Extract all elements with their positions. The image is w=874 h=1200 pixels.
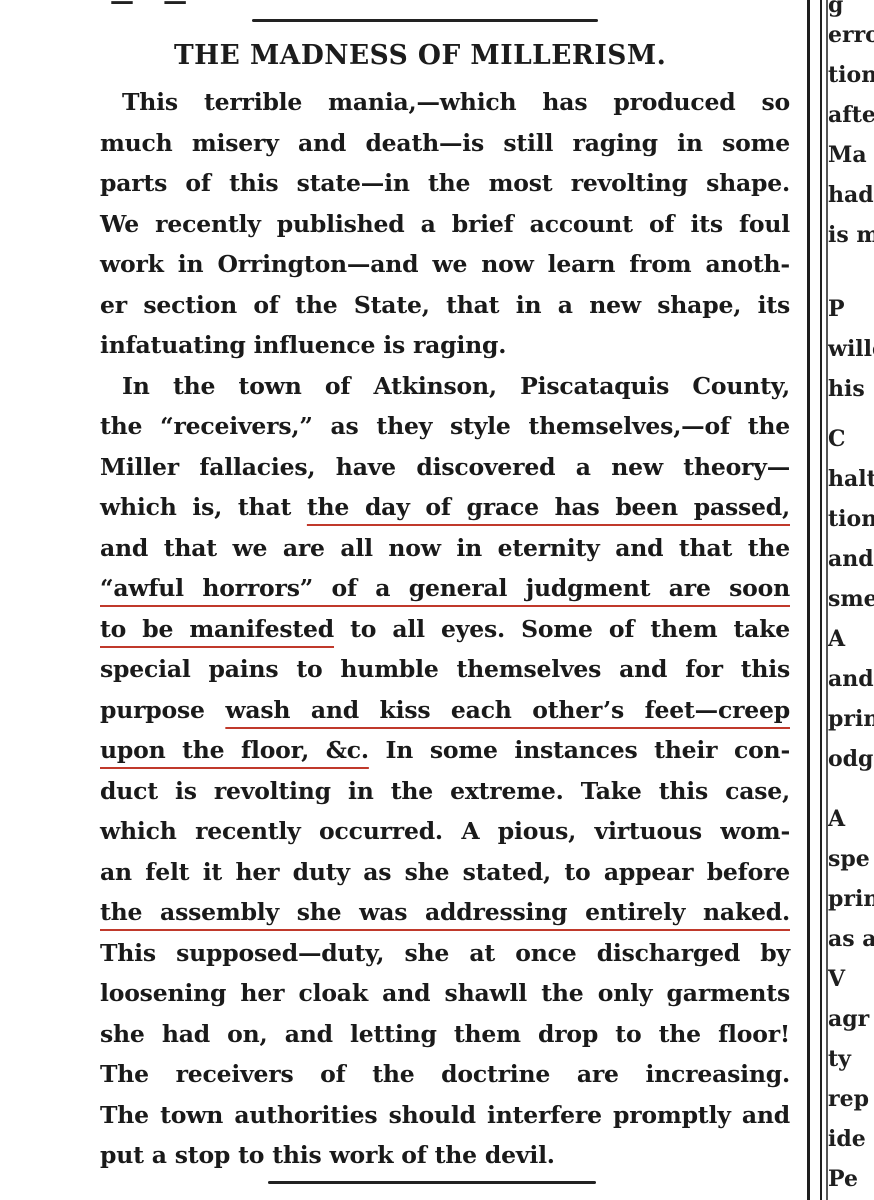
text-line: and that we are all now in eternity and … xyxy=(100,528,790,569)
text-run: which is, that xyxy=(100,493,307,521)
text-line: duct is revolting in the extreme. Take t… xyxy=(100,771,790,812)
text-line: put a stop to this work of the devil. xyxy=(100,1135,790,1176)
column-text-fragment: erro xyxy=(828,22,874,48)
column-text-fragment: A xyxy=(828,626,845,652)
underlined-passage: “awful horrors” of a general judgment ar… xyxy=(100,574,790,602)
article-body: This terrible mania,—which has produced … xyxy=(100,82,790,1176)
text-run: In some instances their con- xyxy=(369,736,790,764)
top-divider-rule xyxy=(252,19,598,22)
column-text-fragment: C xyxy=(828,426,846,452)
text-line: she had on, and letting them drop to the… xyxy=(100,1014,790,1055)
column-border xyxy=(820,0,822,1200)
column-text-fragment: ide xyxy=(828,1126,866,1152)
column-text-fragment: odg xyxy=(828,746,873,772)
column-text-fragment: ty xyxy=(828,1046,851,1072)
text-line: an felt it her duty as she stated, to ap… xyxy=(100,852,790,893)
column-text-fragment: and xyxy=(828,546,874,572)
column-text-fragment: Pe xyxy=(828,1166,858,1192)
underlined-passage: upon the floor, &c. xyxy=(100,736,369,764)
column-text-fragment: is m xyxy=(828,222,874,248)
column-text-fragment: halt xyxy=(828,466,874,492)
text-line: This supposed—duty, she at once discharg… xyxy=(100,933,790,974)
text-line: which is, that the day of grace has been… xyxy=(100,487,790,528)
text-line: much misery and death—is still raging in… xyxy=(100,123,790,164)
text-line: which recently occurred. A pious, virtuo… xyxy=(100,811,790,852)
underlined-passage: the day of grace has been passed, xyxy=(307,493,790,521)
text-line: to be manifested to all eyes. Some of th… xyxy=(100,609,790,650)
text-run: to all eyes. Some of them take xyxy=(334,615,790,643)
text-line: the “receivers,” as they style themselve… xyxy=(100,406,790,447)
text-line: “awful horrors” of a general judgment ar… xyxy=(100,568,790,609)
column-text-fragment: agr xyxy=(828,1006,869,1032)
adjacent-column-fragment: gerrotionafteMahadis mPwillehisChalttion… xyxy=(828,0,874,1200)
text-line: er section of the State, that in a new s… xyxy=(100,285,790,326)
text-run: purpose xyxy=(100,696,225,724)
column-text-fragment: tion xyxy=(828,506,874,532)
text-line: infatuating influence is raging. xyxy=(100,325,790,366)
text-line: upon the floor, &c. In some instances th… xyxy=(100,730,790,771)
text-line: This terrible mania,—which has produced … xyxy=(100,82,790,123)
column-border xyxy=(807,0,810,1200)
bottom-divider-rule xyxy=(268,1181,596,1184)
previous-article-fragment: — , — xyxy=(110,0,800,4)
column-text-fragment: P xyxy=(828,296,845,322)
underlined-passage: to be manifested xyxy=(100,615,334,643)
underlined-passage: wash and kiss each other’s feet—creep xyxy=(225,696,790,724)
text-line: The receivers of the doctrine are increa… xyxy=(100,1054,790,1095)
column-text-fragment: prin xyxy=(828,886,874,912)
column-text-fragment: A xyxy=(828,806,845,832)
column-text-fragment: prin xyxy=(828,706,874,732)
column-text-fragment: afte xyxy=(828,102,874,128)
text-line: the assembly she was addressing entirely… xyxy=(100,892,790,933)
text-line: In the town of Atkinson, Piscataquis Cou… xyxy=(100,366,790,407)
column-text-fragment: sme xyxy=(828,586,874,612)
column-text-fragment: wille xyxy=(828,336,874,362)
column-text-fragment: and xyxy=(828,666,874,692)
newspaper-page: — , — THE MADNESS OF MILLERISM. This ter… xyxy=(0,0,874,1200)
text-line: loosening her cloak and shawll the only … xyxy=(100,973,790,1014)
text-line: parts of this state—in the most revoltin… xyxy=(100,163,790,204)
column-text-fragment: as a xyxy=(828,926,874,952)
text-line: We recently published a brief account of… xyxy=(100,204,790,245)
column-text-fragment: his xyxy=(828,376,865,402)
text-line: Miller fallacies, have discovered a new … xyxy=(100,447,790,488)
column-text-fragment: Ma xyxy=(828,142,867,168)
text-line: purpose wash and kiss each other’s feet—… xyxy=(100,690,790,731)
column-text-fragment: g xyxy=(828,0,843,18)
text-line: The town authorities should interfere pr… xyxy=(100,1095,790,1136)
column-text-fragment: had xyxy=(828,182,874,208)
underlined-passage: the assembly she was addressing entirely… xyxy=(100,898,790,926)
column-text-fragment: tion xyxy=(828,62,874,88)
text-line: work in Orrington—and we now learn from … xyxy=(100,244,790,285)
column-text-fragment: rep xyxy=(828,1086,869,1112)
text-line: special pains to humble themselves and f… xyxy=(100,649,790,690)
column-text-fragment: spe xyxy=(828,846,870,872)
column-text-fragment: V xyxy=(828,966,845,992)
article-headline: THE MADNESS OF MILLERISM. xyxy=(174,40,703,71)
